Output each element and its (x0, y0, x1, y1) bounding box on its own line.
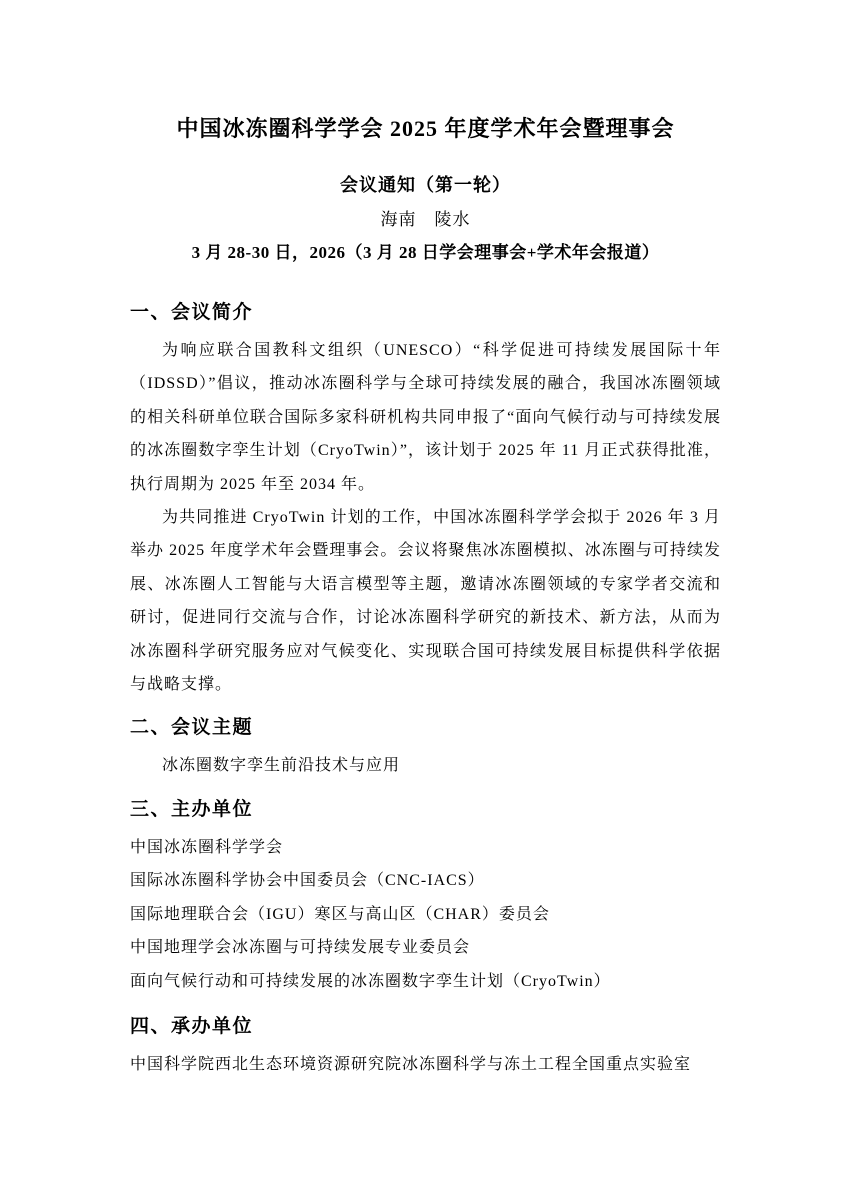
section-heading-organizer: 四、承办单位 (130, 1014, 721, 1040)
host-item: 国际地理联合会（IGU）寒区与高山区（CHAR）委员会 (130, 898, 721, 931)
host-item: 面向气候行动和可持续发展的冰冻圈数字孪生计划（CryoTwin） (130, 965, 721, 998)
section-heading-theme: 二、会议主题 (130, 715, 721, 741)
host-item: 国际冰冻圈科学协会中国委员会（CNC-IACS） (130, 864, 721, 897)
host-item: 中国冰冻圈科学学会 (130, 831, 721, 864)
document-subtitle: 会议通知（第一轮） (130, 172, 721, 198)
document-page: 中国冰冻圈科学学会 2025 年度学术年会暨理事会 会议通知（第一轮） 海南 陵… (0, 0, 849, 1200)
date-line: 3 月 28-30 日，2026（3 月 28 日学会理事会+学术年会报道） (130, 240, 721, 266)
section-heading-introduction: 一、会议简介 (130, 300, 721, 326)
venue-line: 海南 陵水 (130, 207, 721, 233)
host-item: 中国地理学会冰冻圈与可持续发展专业委员会 (130, 931, 721, 964)
introduction-paragraph-1: 为响应联合国教科文组织（UNESCO）“科学促进可持续发展国际十年（IDSSD）… (130, 334, 721, 501)
conference-theme: 冰冻圈数字孪生前沿技术与应用 (130, 749, 721, 782)
introduction-paragraph-2: 为共同推进 CryoTwin 计划的工作，中国冰冻圈科学学会拟于 2026 年 … (130, 501, 721, 701)
section-heading-hosts: 三、主办单位 (130, 797, 721, 823)
document-title: 中国冰冻圈科学学会 2025 年度学术年会暨理事会 (130, 112, 721, 146)
organizer-item: 中国科学院西北生态环境资源研究院冰冻圈科学与冻土工程全国重点实验室 (130, 1048, 721, 1081)
